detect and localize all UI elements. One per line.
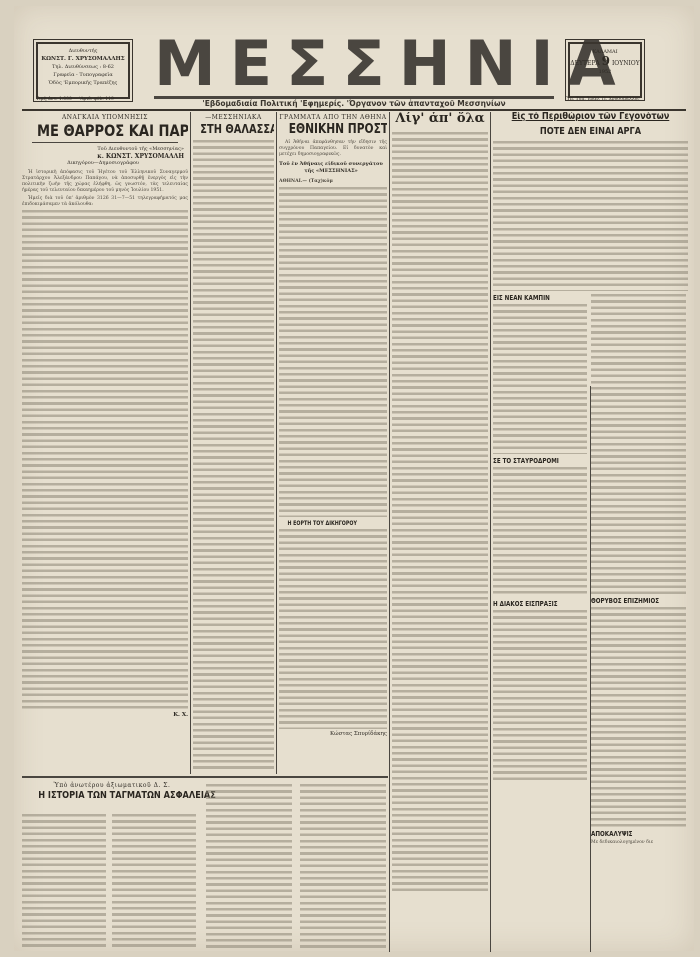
history-body-text (300, 784, 386, 950)
month: ΙΟΥΝΙΟΥ (612, 60, 640, 67)
history-body-text (112, 814, 196, 950)
sea-kicker: —ΜΕΣΣΗΝΙΑΚΑ (193, 114, 274, 121)
publisher-label: Διευθυντής (38, 47, 128, 55)
misc-headline: Λίγ' ἀπ' ὅλα (392, 112, 488, 126)
subheading-revelation: ΑΠΟΚΑΛΥΨΙΣ (591, 830, 667, 838)
right-article: Εἰς τὸ Περιθώριον τῶν Γεγονότων ΠΟΤΕ ΔΕΝ… (493, 112, 688, 952)
lead-paragraph: Ἡ ἱστορικὴ ἀπόφασις τοῦ Ἡγέτου τοῦ Ἑλλην… (22, 170, 188, 195)
sea-article: —ΜΕΣΣΗΝΙΑΚΑ ΣΤΗ ΘΑΛΑΣΣΑ (193, 112, 274, 774)
publisher-box: Διευθυντής ΚΩΝΣΤ. Γ. ΧΡΥΣΟΜΑΛΛΗΣ Τηλ. Δι… (36, 42, 130, 99)
history-body-text (206, 784, 292, 950)
subheading-new-camp: ΕΙΣ ΝΕΑΝ ΚΑΜΠΙΝ (493, 294, 568, 302)
subheading-crossroads: ΣΕ ΤΟ ΣΤΑΥΡΟΔΡΟΜΙ (493, 457, 568, 465)
misc-body-text (392, 132, 488, 892)
history-body-text (22, 814, 106, 950)
right-body-text (493, 141, 688, 291)
subheading-collection: Η ΔΙΑΚΟΣ ΕΙΣΠΡΑΞΙΣ (493, 600, 568, 608)
lead-body-text (22, 210, 188, 710)
publisher-offices: Γραφεῖα - Τυπογραφεῖα (38, 71, 128, 79)
lead-paragraph: Ἡμεῖς διὰ τοῦ ὑπ' ἀριθμὸν 3126 31—7—51 τ… (22, 196, 188, 208)
right-headline: ΠΟΤΕ ΔΕΝ ΕΙΝΑΙ ΑΡΓΑ (511, 127, 671, 138)
column-divider (276, 112, 277, 774)
right-subcolumn: ΘΟΡΥΒΟΣ ΕΠΙΖΗΜΙΟΣ ΑΠΟΚΑΛΥΨΙΣ Με δεδικαιο… (591, 291, 686, 846)
athens-article: ΓΡΑΜΜΑΤΑ ΑΠΟ ΤΗΝ ΑΘΗΝΑ ΕΘΝΙΚΗΝ ΠΡΟΣΤΑΓΗΝ… (279, 112, 387, 774)
lead-author: κ. ΚΩΝΣΤ. ΧΡΥΣΟΜΑΛΛΗ (22, 153, 184, 160)
history-article: Ὑπὸ ἀνωτέρου ἀξιωματικοῦ Δ. Σ. Η ΙΣΤΟΡΙΑ… (22, 780, 388, 952)
lead-kicker: ΑΝΑΓΚΑΙΑ ΥΠΟΜΝΗΣΙΣ (22, 114, 188, 121)
athens-signature: Κώστας Σπυρίδάκης (279, 731, 387, 737)
column-divider (490, 112, 491, 952)
athens-subheading: Η ΕΟΡΤΗ ΤΟΥ ΔΙΚΗΓΟΡΟΥ (279, 520, 365, 527)
right-tail-text: Με δεδικαιολογημένον διε (591, 840, 686, 846)
issue-price: Τιμὴ ἀντ. 1.000 — 'Αριθ. φύλ. 119 (36, 97, 156, 102)
newspaper-title: ΜΕΣΣΗΝΙΑ (154, 34, 554, 94)
year: 1952 (570, 68, 640, 77)
history-kicker: Ὑπὸ ἀνωτέρου ἀξιωματικοῦ Δ. Σ. (22, 782, 202, 789)
body-text (591, 607, 686, 827)
athens-intro-text: Αἱ Ἀθῆναι ἀπεφάνθησαν τὴν εἴδησιν τῆς συ… (279, 140, 387, 159)
sea-body-text (193, 140, 274, 770)
body-text (493, 610, 587, 780)
lead-body: Ἡ ἱστορικὴ ἀπόφασις τοῦ Ἡγέτου τοῦ Ἑλλην… (22, 170, 188, 208)
weekday: ΔΕΥΤΕΡΑ (570, 60, 599, 67)
history-header: Ὑπὸ ἀνωτέρου ἀξιωματικοῦ Δ. Σ. Η ΙΣΤΟΡΙΑ… (22, 782, 202, 802)
athens-intro: Αἱ Ἀθῆναι ἀπεφάνθησαν τὴν εἴδησιν τῆς συ… (279, 140, 387, 159)
lead-author-title: Δικηγόρου—Δημοσιογράφου (22, 160, 184, 167)
body-text (493, 304, 587, 454)
day-number: 9 (602, 54, 610, 68)
lead-signature: Κ. Χ. (22, 712, 188, 718)
right-subcolumns: ΕΙΣ ΝΕΑΝ ΚΑΜΠΙΝ ΣΕ ΤΟ ΣΤΑΥΡΟΔΡΟΜΙ Η ΔΙΑΚ… (493, 291, 688, 846)
publisher-address: Ὁδὸς 'Εμπορικῆς Τραπέζης (38, 79, 128, 87)
masthead-rule (22, 109, 686, 111)
publisher-phone: Τηλ. Διευθύνσεως : 8-62 (38, 63, 128, 71)
athens-kicker: ΓΡΑΜΜΑΤΑ ΑΠΟ ΤΗΝ ΑΘΗΝΑ (279, 114, 387, 121)
section-rule (22, 776, 388, 778)
athens-dateline: ΑΘΗΝΑΙ.— (Ταχ)κόμ (279, 179, 387, 185)
column-divider (389, 112, 390, 952)
headline-rule (32, 142, 178, 143)
lead-headline: ΜΕ ΘΑΡΡΟΣ ΚΑΙ ΠΑΡΡΗΣΙΑΝ (37, 123, 173, 140)
sea-headline: ΣΤΗ ΘΑΛΑΣΣΑ (200, 123, 266, 136)
athens-body-text-2 (279, 529, 387, 729)
history-headline: Η ΙΣΤΟΡΙΑ ΤΩΝ ΤΑΓΜΑΤΩΝ ΑΣΦΑΛΕΙΑΣ (38, 791, 186, 802)
right-subcolumn: ΕΙΣ ΝΕΑΝ ΚΑΜΠΙΝ ΣΕ ΤΟ ΣΤΑΥΡΟΔΡΟΜΙ Η ΔΙΑΚ… (493, 291, 587, 846)
misc-column: Λίγ' ἀπ' ὅλα (392, 112, 488, 952)
body-text (493, 467, 587, 597)
editor-note: Ὑπ. Τυπ. Ἰωάν. Π. Χρυσομάλλης (566, 97, 666, 102)
right-kicker: Εἰς τὸ Περιθώριον τῶν Γεγονότων (511, 112, 671, 123)
athens-headline: ΕΘΝΙΚΗΝ ΠΡΟΣΤΑΓΗΝ (289, 123, 378, 137)
publisher-name: ΚΩΝΣΤ. Γ. ΧΡΥΣΟΜΑΛΛΗΣ (41, 56, 124, 62)
column-divider (190, 112, 191, 774)
date-line: ΔΕΥΤΕΡΑ 9 ΙΟΥΝΙΟΥ (570, 57, 640, 68)
athens-byline: Τοῦ ἐν Ἀθήναις εἰδικοῦ συνεργάτου τῆς «Μ… (279, 161, 383, 175)
athens-body-text (279, 187, 387, 517)
lead-article: ΑΝΑΓΚΑΙΑ ΥΠΟΜΝΗΣΙΣ ΜΕ ΘΑΡΡΟΣ ΚΑΙ ΠΑΡΡΗΣΙ… (22, 112, 188, 774)
subheading-noise: ΘΟΡΥΒΟΣ ΕΠΙΖΗΜΙΟΣ (591, 597, 667, 605)
newspaper-page: Διευθυντής ΚΩΝΣΤ. Γ. ΧΡΥΣΟΜΑΛΛΗΣ Τηλ. Δι… (14, 6, 694, 951)
body-text (591, 294, 686, 594)
lead-byline: Τοῦ Διευθυντοῦ τῆς «Μεσσηνίας» (22, 146, 184, 153)
date-box: ΚΑΛΑΜΑΙ ΔΕΥΤΕΡΑ 9 ΙΟΥΝΙΟΥ 1952 (568, 42, 642, 98)
